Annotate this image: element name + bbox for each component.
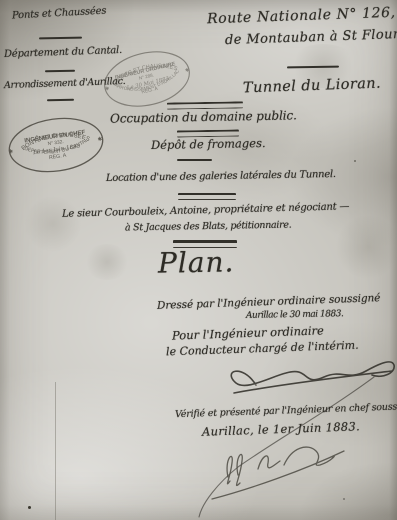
service-heading: Ponts et Chaussées [12,7,107,22]
route-title-line2: de Montauban à St Flour. [225,28,397,47]
divider [45,70,75,73]
star-icon: ✱ [8,148,14,156]
petitioner-line1: Le sieur Courbouleix, Antoine, propriéta… [62,202,349,220]
tunnel-title: Tunnel du Lioran. [243,77,382,96]
divider [39,37,82,39]
drafted-note-line2: Aurillac le 30 mai 1883. [246,310,343,321]
route-title-line1: Route Nationale N° 126, [207,6,396,27]
divider [177,159,212,161]
chief-engineer-stamp: PONTS ET CHAUSSÉES INGÉNIEUR EN CHEF N° … [2,109,109,180]
divider [47,99,74,101]
star-icon: ✱ [105,86,110,93]
divider [167,101,243,109]
subject-occupation: Occupation du domaine public. [110,109,297,124]
paper-stain [84,244,130,280]
paper-stain [24,196,82,252]
paper-crease [55,382,56,520]
ink-speck [28,506,31,509]
petitioner-line2: à St Jacques des Blats, pétitionnaire. [125,221,292,233]
scanned-document-page: Ponts et Chaussées Département du Cantal… [0,0,397,520]
chief-engineer-signature [198,437,348,515]
subject-location: Location d'une des galeries latérales du… [106,170,336,184]
divider [287,66,339,69]
plan-title: Plan. [158,248,235,277]
subject-depot: Dépôt de fromages. [151,138,266,151]
divider [178,193,236,200]
paper-stain [336,214,397,280]
ink-speck [354,160,356,162]
drafted-note-line1: Dressé par l'Ingénieur ordinaire soussig… [157,293,381,311]
